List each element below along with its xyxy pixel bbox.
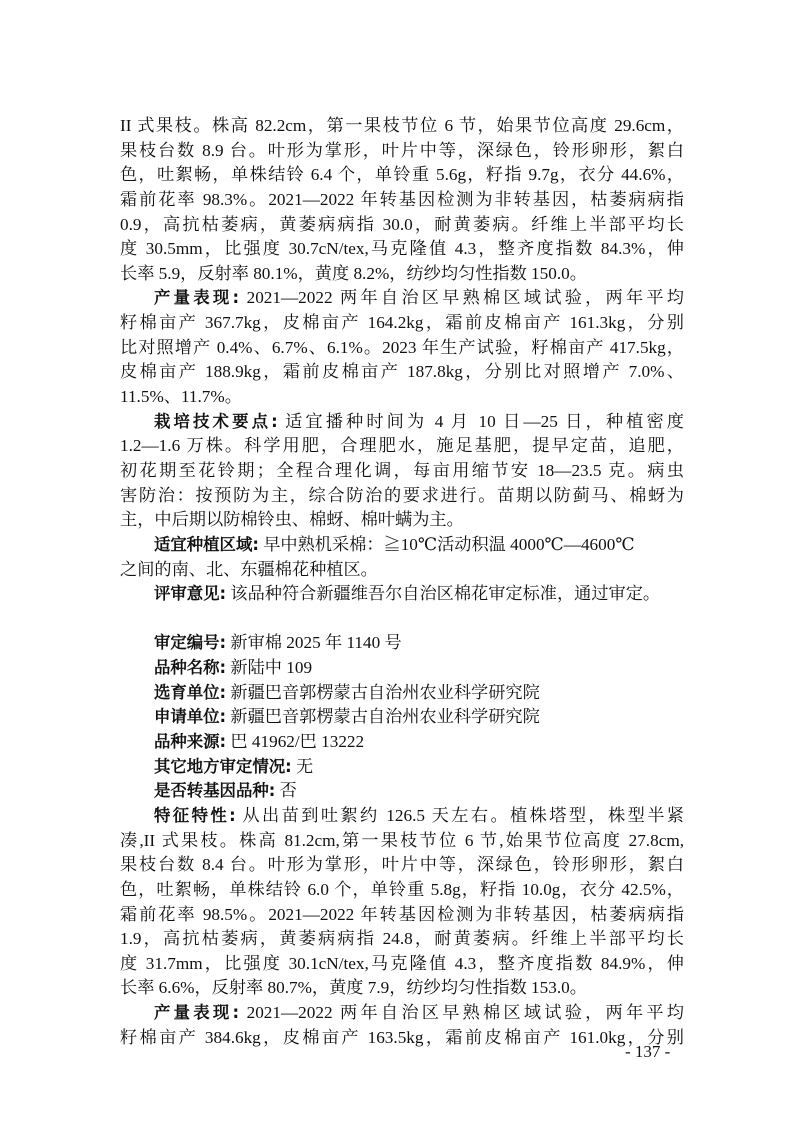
field-value: 新陆中 109 <box>230 658 312 677</box>
section-text: 该品种符合新疆维吾尔自治区棉花审定标准，通过审定。 <box>230 584 660 603</box>
field-approval-number: 审定编号: 新审棉 2025 年 1140 号 <box>120 631 684 656</box>
section-first-line: 特征特性: 从出苗到吐絮约 126.5 天左右。植株塔型，株型半紧 <box>120 804 684 829</box>
field-breeding-unit: 选育单位: 新疆巴音郭楞蒙古自治州农业科学研究院 <box>120 681 684 706</box>
document-page: II 式果枝。株高 82.2cm，第一果枝节位 6 节，始果节位高度 29.6c… <box>120 114 684 1050</box>
text-line: 皮棉亩产 188.9kg，霜前皮棉亩产 187.8kg，分别比对照增产 7.0%… <box>120 360 684 385</box>
text-line: 长率 5.9，反射率 80.1%，黄度 8.2%，纺纱均匀性指数 150.0。 <box>120 262 684 287</box>
section-text: 2021—2022 两年自治区早熟棉区域试验，两年平均 <box>247 1003 684 1022</box>
text-line: 籽棉亩产 384.6kg，皮棉亩产 163.5kg，霜前皮棉亩产 161.0kg… <box>120 1026 684 1051</box>
section-text: 从出苗到吐絮约 126.5 天左右。植株塔型，株型半紧 <box>242 806 684 825</box>
text-line: 果枝台数 8.4 台。叶形为掌形，叶片中等，深绿色，铃形卵形，絮白 <box>120 853 684 878</box>
field-value: 新审棉 2025 年 1140 号 <box>230 633 401 652</box>
text-line: 害防治：按预防为主，综合防治的要求进行。苗期以防蓟马、棉蚜为 <box>120 484 684 509</box>
record2-yield-section: 产量表现: 2021—2022 两年自治区早熟棉区域试验，两年平均 籽棉亩产 3… <box>120 1001 684 1050</box>
section-label: 产量表现: <box>154 288 239 307</box>
section-label: 适宜种植区域: <box>154 535 259 554</box>
text-line: 霜前花率 98.3%。2021—2022 年转基因检测为非转基因，枯萎病病指 <box>120 188 684 213</box>
field-label: 是否转基因品种: <box>154 781 275 800</box>
field-label: 其它地方审定情况: <box>154 757 292 776</box>
field-label: 审定编号: <box>154 633 226 652</box>
field-transgenic: 是否转基因品种: 否 <box>120 779 684 804</box>
section-label: 特征特性: <box>154 806 236 825</box>
field-label: 申请单位: <box>154 707 226 726</box>
section-first-line: 产量表现: 2021—2022 两年自治区早熟棉区域试验，两年平均 <box>120 286 684 311</box>
record2-fields: 审定编号: 新审棉 2025 年 1140 号 品种名称: 新陆中 109 选育… <box>120 631 684 803</box>
text-line: 11.5%、11.7%。 <box>120 385 684 410</box>
text-line: II 式果枝。株高 82.2cm，第一果枝节位 6 节，始果节位高度 29.6c… <box>120 114 684 139</box>
record1-traits-continuation: II 式果枝。株高 82.2cm，第一果枝节位 6 节，始果节位高度 29.6c… <box>120 114 684 286</box>
text-line: 色，吐絮畅，单株结铃 6.4 个，单铃重 5.6g，籽指 9.7g，衣分 44.… <box>120 163 684 188</box>
text-line: 比对照增产 0.4%、6.7%、6.1%。2023 年生产试验，籽棉亩产 417… <box>120 336 684 361</box>
section-label: 产量表现: <box>154 1003 239 1022</box>
section-text: 早中熟机采棉：≧10℃活动积温 4000℃—4600℃ <box>263 535 634 554</box>
field-variety-source: 品种来源: 巴 41962/巴 13222 <box>120 730 684 755</box>
record1-review-section: 评审意见: 该品种符合新疆维吾尔自治区棉花审定标准，通过审定。 <box>120 582 684 607</box>
field-variety-name: 品种名称: 新陆中 109 <box>120 656 684 681</box>
section-first-line: 栽培技术要点: 适宜播种时间为 4 月 10 日—25 日，种植密度 <box>120 410 684 435</box>
text-line: 初花期至花铃期；全程合理化调，每亩用缩节安 18—23.5 克。病虫 <box>120 459 684 484</box>
text-line: 0.9，高抗枯萎病，黄萎病病指 30.0，耐黄萎病。纤维上半部平均长 <box>120 213 684 238</box>
section-label: 评审意见: <box>154 584 226 603</box>
text-line: 果枝台数 8.9 台。叶形为掌形，叶片中等，深绿色，铃形卵形，絮白 <box>120 139 684 164</box>
text-line: 之间的南、北、东疆棉花种植区。 <box>120 558 684 583</box>
field-label: 品种名称: <box>154 658 226 677</box>
text-line: 色，吐絮畅，单株结铃 6.0 个，单铃重 5.8g，籽指 10.0g，衣分 42… <box>120 878 684 903</box>
text-line: 度 30.5mm，比强度 30.7cN/tex,马克隆值 4.3，整齐度指数 8… <box>120 237 684 262</box>
text-line: 凑,II 式果枝。株高 81.2cm,第一果枝节位 6 节,始果节位高度 27.… <box>120 829 684 854</box>
record1-yield-section: 产量表现: 2021—2022 两年自治区早熟棉区域试验，两年平均 籽棉亩产 3… <box>120 286 684 409</box>
text-line: 1.9，高抗枯萎病，黄萎病病指 24.8，耐黄萎病。纤维上半部平均长 <box>120 927 684 952</box>
field-applicant-unit: 申请单位: 新疆巴音郭楞蒙古自治州农业科学研究院 <box>120 705 684 730</box>
text-line: 1.2—1.6 万株。科学用肥，合理肥水，施足基肥，提早定苗，追肥， <box>120 434 684 459</box>
section-first-line: 适宜种植区域: 早中熟机采棉：≧10℃活动积温 4000℃—4600℃ <box>120 533 684 558</box>
record1-region-section: 适宜种植区域: 早中熟机采棉：≧10℃活动积温 4000℃—4600℃ 之间的南… <box>120 533 684 582</box>
section-text: 2021—2022 两年自治区早熟棉区域试验，两年平均 <box>247 288 684 307</box>
field-value: 新疆巴音郭楞蒙古自治州农业科学研究院 <box>230 683 539 702</box>
text-line: 霜前花率 98.5%。2021—2022 年转基因检测为非转基因，枯萎病病指 <box>120 903 684 928</box>
page-number: - 137 - <box>625 1042 670 1062</box>
text-line: 长率 6.6%，反射率 80.7%，黄度 7.9，纺纱均匀性指数 153.0。 <box>120 976 684 1001</box>
record2-traits-section: 特征特性: 从出苗到吐絮约 126.5 天左右。植株塔型，株型半紧 凑,II 式… <box>120 804 684 1001</box>
field-label: 品种来源: <box>154 732 226 751</box>
blank-line <box>120 607 684 632</box>
field-value: 巴 41962/巴 13222 <box>230 732 364 751</box>
text-line: 籽棉亩产 367.7kg，皮棉亩产 164.2kg，霜前皮棉亩产 161.3kg… <box>120 311 684 336</box>
field-label: 选育单位: <box>154 683 226 702</box>
record1-cultivation-section: 栽培技术要点: 适宜播种时间为 4 月 10 日—25 日，种植密度 1.2—1… <box>120 410 684 533</box>
text-line: 主，中后期以防棉铃虫、棉蚜、棉叶螨为主。 <box>120 508 684 533</box>
field-value: 无 <box>296 757 313 776</box>
field-value: 否 <box>280 781 297 800</box>
section-first-line: 产量表现: 2021—2022 两年自治区早熟棉区域试验，两年平均 <box>120 1001 684 1026</box>
text-line: 度 31.7mm，比强度 30.1cN/tex,马克隆值 4.3，整齐度指数 8… <box>120 952 684 977</box>
field-other-approvals: 其它地方审定情况: 无 <box>120 755 684 780</box>
section-text: 适宜播种时间为 4 月 10 日—25 日，种植密度 <box>285 412 684 431</box>
section-label: 栽培技术要点: <box>154 412 278 431</box>
field-value: 新疆巴音郭楞蒙古自治州农业科学研究院 <box>230 707 539 726</box>
